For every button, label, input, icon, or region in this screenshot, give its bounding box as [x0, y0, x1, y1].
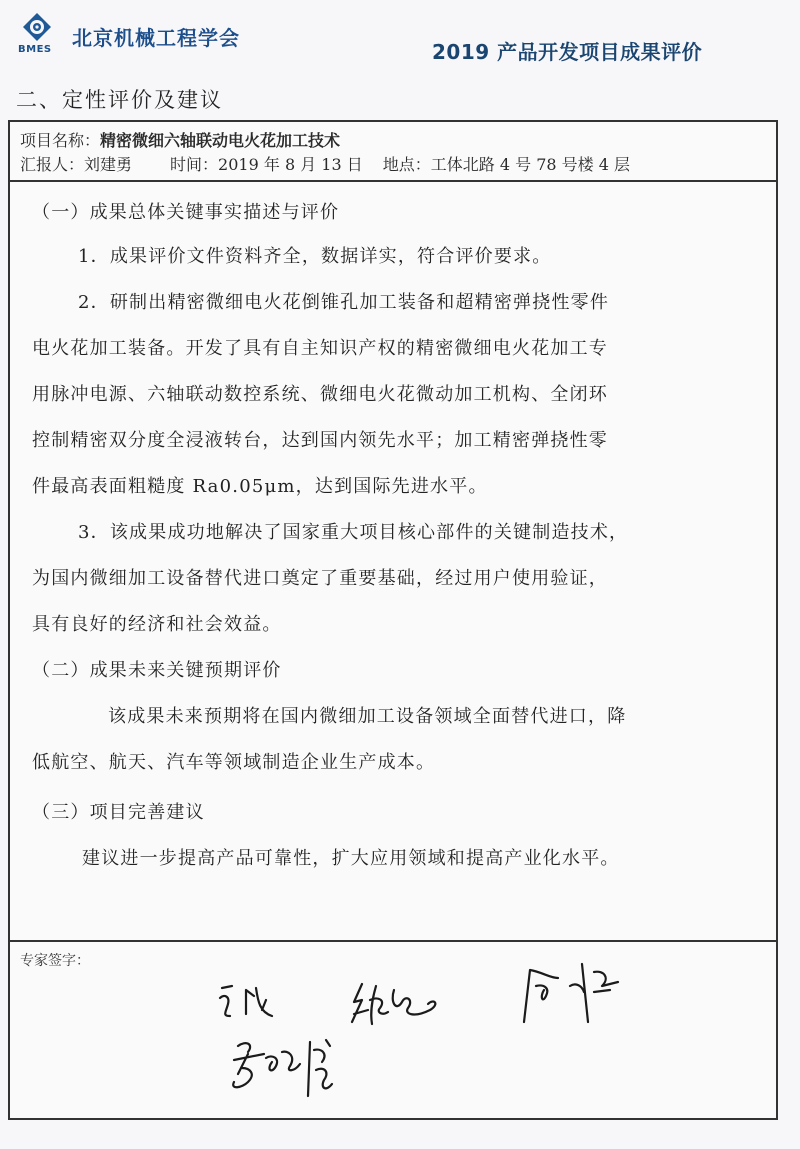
- time-label: 时间：: [170, 155, 218, 174]
- item-2-line: 电火花加工装备。开发了具有自主知识产权的精密微细电火花加工专: [32, 334, 608, 360]
- document-title: 2019 产品开发项目成果评价: [432, 36, 702, 65]
- expert-signature-area: 专家签字：: [10, 940, 776, 1122]
- section-2-heading: （二）成果未来关键预期评价: [32, 656, 282, 682]
- item-2-line: 用脉冲电源、六轴联动数控系统、微细电火花微动加工机构、全闭环: [32, 380, 608, 406]
- reporter-label: 汇报人：: [20, 155, 84, 174]
- reporter-value: 刘建勇: [84, 155, 132, 174]
- project-info: 项目名称：精密微细六轴联动电火花加工技术 汇报人：刘建勇时间：2019 年 8 …: [10, 122, 776, 182]
- item-2-line: 2．研制出精密微细电火花倒锥孔加工装备和超精密弹挠性零件: [78, 288, 609, 314]
- evaluation-body: （一）成果总体关键事实描述与评价 1．成果评价文件资料齐全，数据详实，符合评价要…: [10, 180, 776, 940]
- location-label: 地点：: [383, 155, 431, 174]
- project-name-label: 项目名称：: [20, 131, 100, 150]
- section-2-line: 低航空、航天、汽车等领域制造企业生产成本。: [32, 748, 435, 774]
- evaluation-form: 项目名称：精密微细六轴联动电火花加工技术 汇报人：刘建勇时间：2019 年 8 …: [8, 120, 778, 1120]
- page-header: BMES 北京机械工程学会 2019 产品开发项目成果评价: [0, 0, 800, 80]
- time-value: 2019 年 8 月 13 日: [218, 155, 363, 174]
- organization-name: 北京机械工程学会: [72, 22, 240, 51]
- section-1-heading: （一）成果总体关键事实描述与评价: [32, 198, 339, 224]
- bmes-logo-icon: [22, 12, 52, 42]
- item-1: 1．成果评价文件资料齐全，数据详实，符合评价要求。: [78, 242, 551, 268]
- handwritten-signatures-icon: [10, 942, 780, 1122]
- bmes-logo: BMES: [18, 12, 60, 58]
- logo-text: BMES: [18, 44, 52, 55]
- location-value: 工体北路 4 号 78 号楼 4 层: [431, 155, 630, 174]
- project-name-row: 项目名称：精密微细六轴联动电火花加工技术: [20, 128, 340, 151]
- item-3-line: 为国内微细加工设备替代进口奠定了重要基础，经过用户使用验证，: [32, 564, 608, 590]
- item-2-line: 件最高表面粗糙度 Ra0.05μm，达到国际先进水平。: [32, 472, 488, 498]
- item-3-line: 3．该成果成功地解决了国家重大项目核心部件的关键制造技术，: [78, 518, 628, 544]
- item-3-line: 具有良好的经济和社会效益。: [32, 610, 282, 636]
- section-title: 二、定性评价及建议: [16, 84, 223, 114]
- section-3-text: 建议进一步提高产品可靠性，扩大应用领域和提高产业化水平。: [82, 844, 620, 870]
- section-2-line: 该成果未来预期将在国内微细加工设备领域全面替代进口，降: [108, 702, 626, 728]
- section-3-heading: （三）项目完善建议: [32, 798, 205, 824]
- report-meta-row: 汇报人：刘建勇时间：2019 年 8 月 13 日地点：工体北路 4 号 78 …: [20, 152, 630, 175]
- item-2-line: 控制精密双分度全浸液转台，达到国内领先水平；加工精密弹挠性零: [32, 426, 608, 452]
- project-name-value: 精密微细六轴联动电火花加工技术: [100, 131, 340, 150]
